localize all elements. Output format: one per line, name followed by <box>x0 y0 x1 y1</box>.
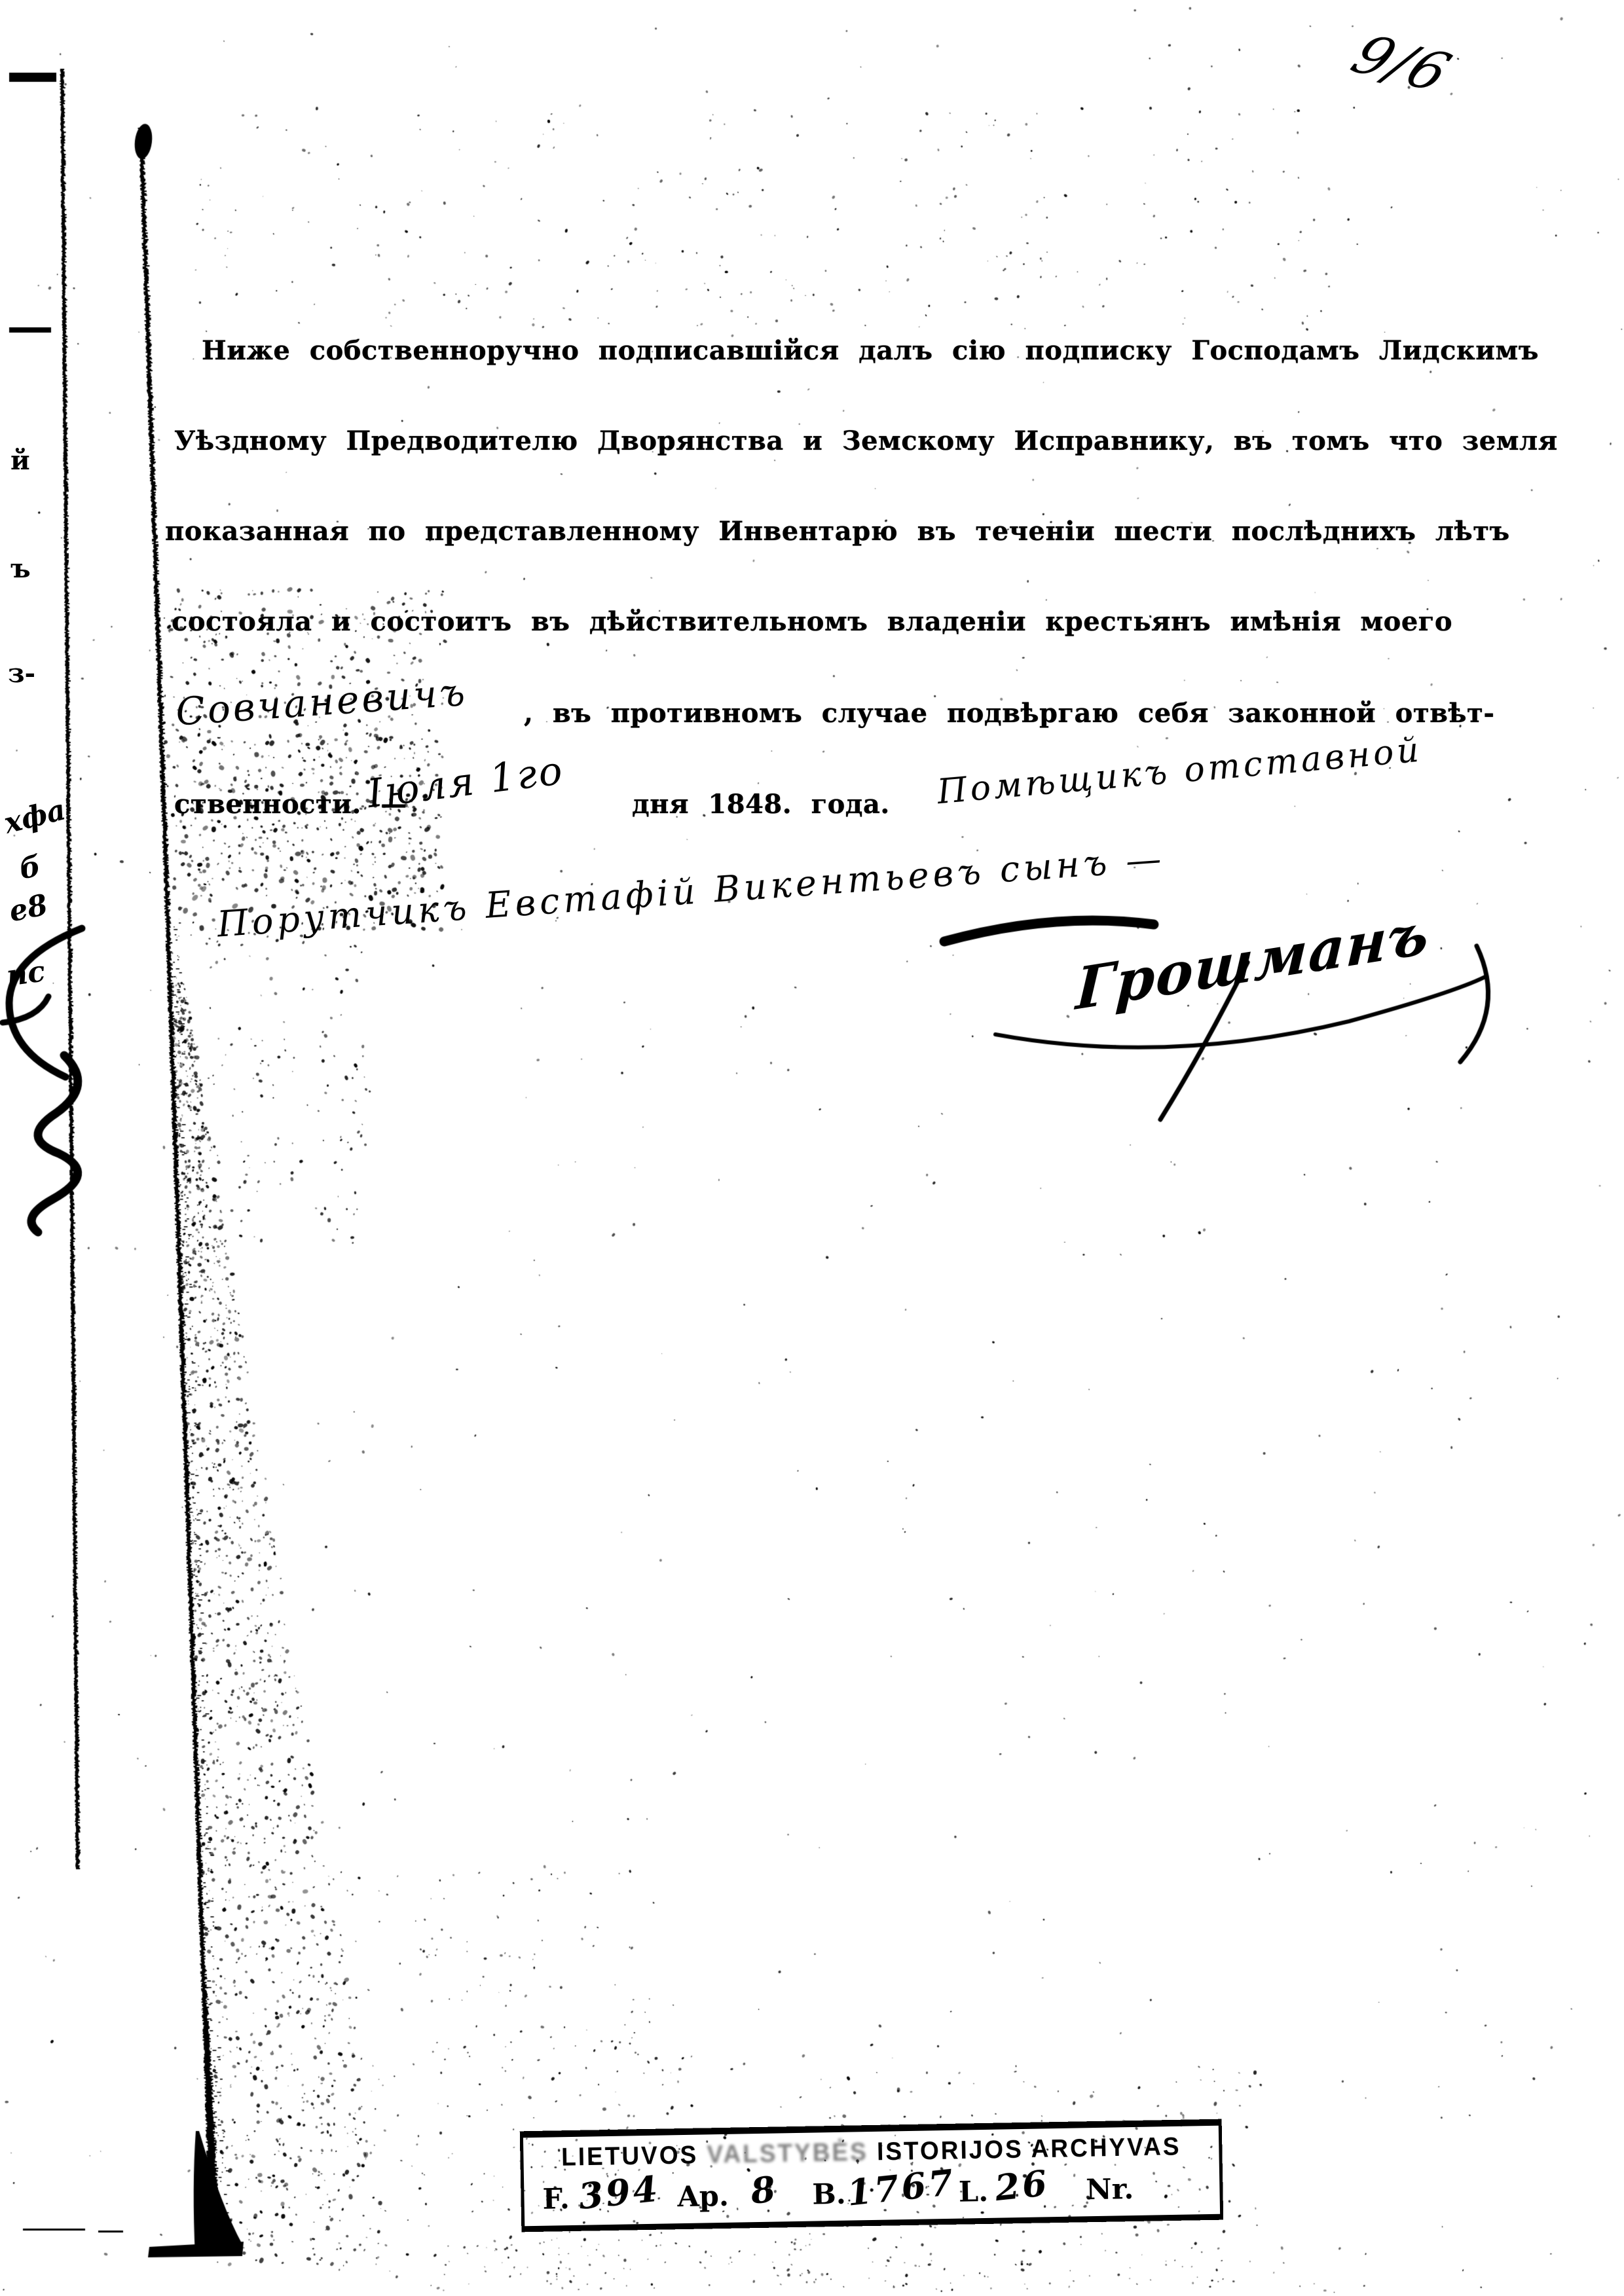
margin-scribble-4: пс <box>5 955 47 993</box>
printed-line-4: состояла и состоитъ въ дѣйствительномъ в… <box>172 606 1452 637</box>
margin-fragment-3: з- <box>8 658 35 689</box>
printed-line-6-date: дня 1848. года. <box>632 789 890 820</box>
stamp-title-word-2: VALSTYBĖS <box>707 2138 868 2168</box>
printed-line-2: Уѣздному Предводителю Дворянства и Земск… <box>174 426 1558 456</box>
stamp-label-f: F. <box>542 2183 570 2216</box>
stamp-value-ap: 8 <box>748 2168 780 2212</box>
stamp-title-word-3: ISTORIJOS ARCHYVAS <box>877 2132 1181 2166</box>
margin-fragment-1: й <box>10 445 30 476</box>
stamp-label-nr: Nr. <box>1086 2173 1134 2206</box>
printed-line-5: , въ противномъ случае подвѣргаю себя за… <box>524 698 1494 729</box>
stamp-value-l: 26 <box>993 2162 1051 2209</box>
stamp-label-ap: Ap. <box>677 2180 729 2214</box>
margin-fragment-2: ъ <box>10 553 31 584</box>
stamp-value-b: 1767 <box>845 2161 958 2214</box>
stamp-label-b: B. <box>812 2178 846 2212</box>
document-page: 9/6 й ъ з- хфа б е8 пс Ниже собственнору… <box>0 0 1624 2296</box>
printed-line-3: показанная по представленному Инвентарю … <box>165 516 1510 547</box>
archive-stamp: LIETUVOS VALSTYBĖS ISTORIJOS ARCHYVAS F.… <box>520 2119 1224 2232</box>
stamp-label-l: L. <box>959 2176 989 2209</box>
stamp-title-word-1: LIETUVOS <box>561 2141 699 2172</box>
printed-line-1: Ниже собственноручно подписавшійся далъ … <box>202 335 1539 366</box>
stamp-value-f: 394 <box>577 2167 663 2217</box>
stamp-reference-row: F. 394 Ap. 8 B. 1767 L. 26 Nr. <box>542 2164 1220 2217</box>
